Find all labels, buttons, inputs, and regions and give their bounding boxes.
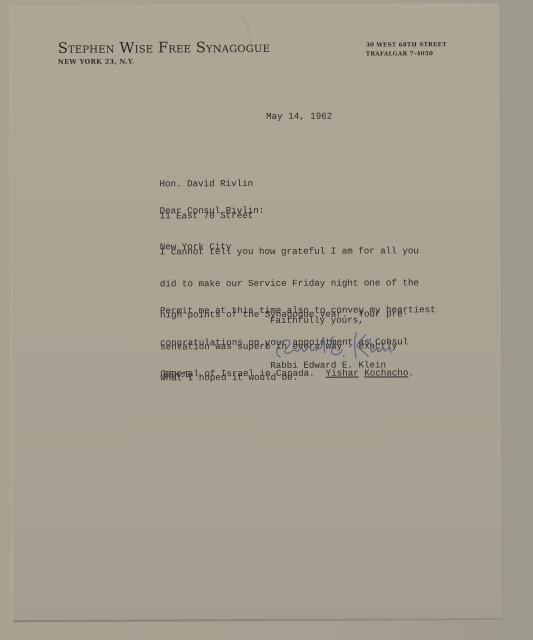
reference-initials: EEK:E bbox=[163, 370, 191, 381]
letter-date: May 14, 1962 bbox=[266, 112, 332, 123]
handwritten-signature bbox=[270, 328, 400, 363]
salutation: Dear Consul Rivlin: bbox=[160, 206, 265, 217]
period: . bbox=[408, 367, 414, 378]
signer-name: Rabbi Edward E. Klein bbox=[270, 360, 386, 371]
signature-icon bbox=[270, 328, 400, 363]
letterhead-phone: TRAFALGAR 7-4050 bbox=[366, 50, 447, 59]
recipient-name: Hon. David Rivlin bbox=[159, 179, 253, 190]
letterhead-organization: Stephen Wise Free Synagogue bbox=[58, 40, 270, 57]
letterhead-street: 30 WEST 68TH STREET bbox=[366, 41, 447, 50]
body-line: I cannot tell you how grateful I am for … bbox=[160, 246, 419, 258]
letterhead-contact: 30 WEST 68TH STREET TRAFALGAR 7-4050 bbox=[366, 41, 447, 59]
closing: Faithfully yours, bbox=[270, 316, 364, 327]
letter-page: Stephen Wise Free Synagogue NEW YORK 23,… bbox=[11, 3, 503, 621]
letterhead-city: NEW YORK 23, N.Y. bbox=[58, 58, 135, 66]
